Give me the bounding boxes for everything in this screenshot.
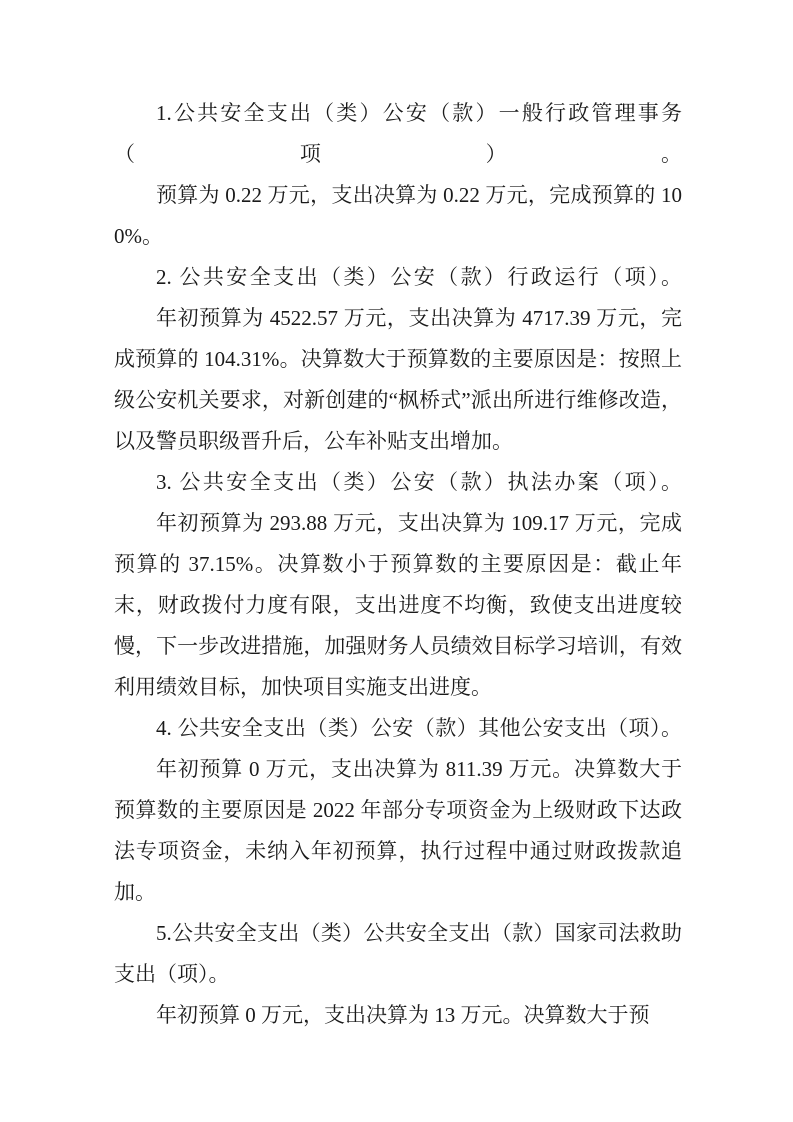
paragraph-detail-2: 年初预算为 4522.57 万元，支出决算为 4717.39 万元，完成预算的 … [114, 298, 682, 462]
paragraph-detail-1: 预算为 0.22 万元，支出决算为 0.22 万元，完成预算的 100%。 [114, 175, 682, 257]
paragraph-heading-4: 4. 公共安全支出（类）公安（款）其他公安支出（项）。 [114, 708, 682, 749]
paragraph-detail-4: 年初预算 0 万元，支出决算为 811.39 万元。决算数大于预算数的主要原因是… [114, 749, 682, 913]
paragraph-heading-5: 5.公共安全支出（类）公共安全支出（款）国家司法救助支出（项）。 [114, 913, 682, 995]
paragraph-heading-2: 2. 公共安全支出（类）公安（款）行政运行（项）。 [114, 257, 682, 298]
document-page: 1.公共安全支出（类）公安（款）一般行政管理事务（项）。 预算为 0.22 万元… [0, 0, 793, 1122]
paragraph-detail-3: 年初预算为 293.88 万元，支出决算为 109.17 万元，完成预算的 37… [114, 503, 682, 708]
document-body: 1.公共安全支出（类）公安（款）一般行政管理事务（项）。 预算为 0.22 万元… [114, 93, 682, 1036]
paragraph-heading-3: 3. 公共安全支出（类）公安（款）执法办案（项）。 [114, 462, 682, 503]
paragraph-detail-5: 年初预算 0 万元，支出决算为 13 万元。决算数大于预 [114, 995, 682, 1036]
paragraph-heading-1: 1.公共安全支出（类）公安（款）一般行政管理事务（项）。 [114, 93, 682, 175]
